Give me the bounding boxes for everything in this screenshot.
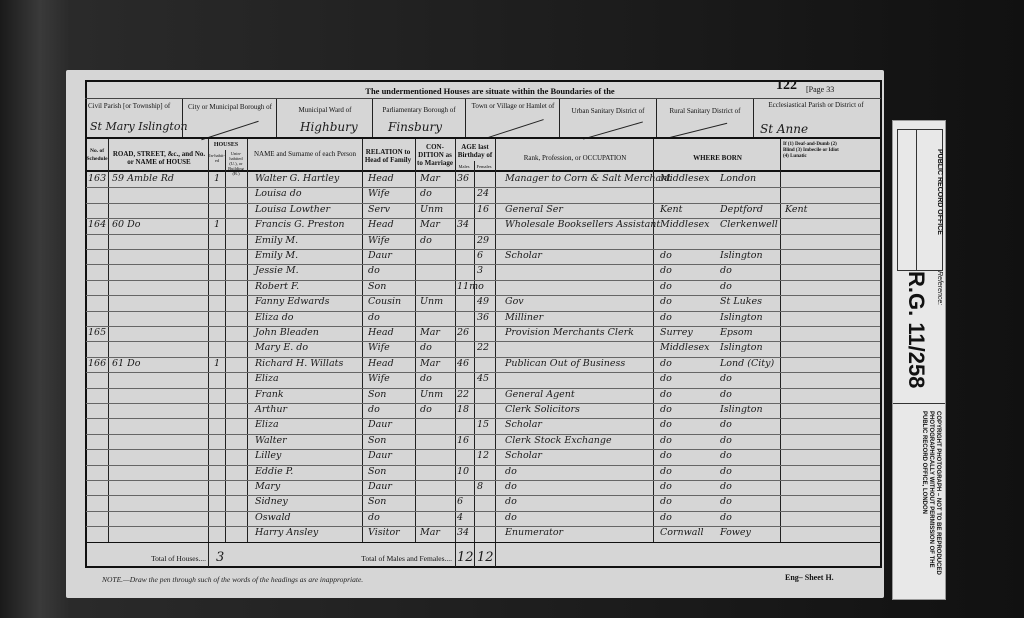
born-place: Epsom xyxy=(720,327,753,338)
row-line xyxy=(86,326,880,327)
born-place: Clerkenwell xyxy=(720,219,778,230)
occupation: do xyxy=(505,512,517,523)
condition: do xyxy=(420,342,432,353)
occupation: Clerk Solicitors xyxy=(505,404,580,415)
born-county: do xyxy=(660,496,672,507)
born-place: do xyxy=(720,265,732,276)
parliamentary-value: Finsbury xyxy=(388,120,442,134)
person-name: Louisa do xyxy=(255,188,302,199)
born-place: Islington xyxy=(720,312,763,323)
age-female: 8 xyxy=(477,481,483,492)
col-uninhabited: Unin-habited (U.), or Building (B.) xyxy=(226,151,246,176)
relation: Son xyxy=(368,496,386,507)
born-place: do xyxy=(720,466,732,477)
reference-number: R.G. 11/258 xyxy=(903,271,929,388)
relation: Daur xyxy=(368,419,392,430)
schedule-number: 166 xyxy=(88,358,106,369)
ward-label: Municipal Ward of xyxy=(280,106,370,114)
born-place: do xyxy=(720,373,732,384)
page-number: [Page 33 xyxy=(806,85,834,94)
born-county: Surrey xyxy=(660,327,693,338)
row-line xyxy=(86,495,880,496)
column-header-divider xyxy=(85,170,881,172)
schedule-number: 163 xyxy=(88,173,106,184)
born-county: do xyxy=(660,466,672,477)
person-name: Frank xyxy=(255,389,284,400)
condition: Unm xyxy=(420,389,443,400)
born-place: do xyxy=(720,435,732,446)
condition: Mar xyxy=(420,219,440,230)
relation: Head xyxy=(368,219,394,230)
total-females: 12 xyxy=(477,550,494,565)
age-female: 16 xyxy=(477,204,489,215)
houses-inhabited: 1 xyxy=(214,219,220,230)
occupation: Manager to Corn & Salt Merchant xyxy=(505,173,671,184)
relation: Wife xyxy=(368,342,390,353)
divider xyxy=(465,99,466,137)
total-persons-label: Total of Males and Females.... xyxy=(300,555,452,563)
person-name: Richard H. Willats xyxy=(255,358,343,369)
copyright-notice: COPYRIGHT PHOTOGRAPH – NOT TO BE REPRODU… xyxy=(920,411,941,591)
age-female: 45 xyxy=(477,373,489,384)
divider xyxy=(656,99,657,137)
road-address: 59 Amble Rd xyxy=(112,173,174,184)
border-top xyxy=(85,80,881,82)
occupation: Milliner xyxy=(505,312,543,323)
age-female: 15 xyxy=(477,419,489,430)
col-houses: HOUSES xyxy=(209,141,243,149)
born-county: do xyxy=(660,358,672,369)
born-place: do xyxy=(720,389,732,400)
person-name: Jessie M. xyxy=(255,265,299,276)
condition: Mar xyxy=(420,358,440,369)
ruler-line xyxy=(916,130,917,270)
occupation: Gov xyxy=(505,296,524,307)
age-female: 3 xyxy=(477,265,483,276)
city-label: City or Municipal Borough of xyxy=(185,103,275,111)
divider xyxy=(276,99,277,137)
urban-label: Urban Sanitary District of xyxy=(561,107,655,115)
title-divider xyxy=(85,98,881,99)
age-female: 22 xyxy=(477,342,489,353)
person-name: Harry Ansley xyxy=(255,527,318,538)
relation: do xyxy=(368,512,380,523)
age-male: 22 xyxy=(457,389,469,400)
sheet-id: Eng– Sheet H. xyxy=(785,573,834,582)
born-county: do xyxy=(660,512,672,523)
houses-inhabited: 1 xyxy=(214,358,220,369)
total-houses-label: Total of Houses.... xyxy=(110,555,206,563)
relation: Daur xyxy=(368,481,392,492)
person-name: Fanny Edwards xyxy=(255,296,330,307)
person-name: Robert F. xyxy=(255,281,299,292)
road-address: 61 Do xyxy=(112,358,140,369)
col-condition: CON-DITION as to Marriage xyxy=(416,143,454,167)
town-label: Town or Village or Hamlet of xyxy=(467,102,559,110)
road-address: 60 Do xyxy=(112,219,140,230)
occupation: do xyxy=(505,466,517,477)
person-name: Louisa Lowther xyxy=(255,204,330,215)
occupation: Scholar xyxy=(505,419,542,430)
relation: Serv xyxy=(368,204,390,215)
occupation: do xyxy=(505,481,517,492)
born-county: Middlesex xyxy=(660,173,709,184)
age-female: 36 xyxy=(477,312,489,323)
col-occupation: Rank, Profession, or OCCUPATION xyxy=(500,154,650,162)
condition: do xyxy=(420,188,432,199)
condition: do xyxy=(420,373,432,384)
born-place: Fowey xyxy=(720,527,751,538)
born-place: St Lukes xyxy=(720,296,762,307)
age-male: 4 xyxy=(457,512,463,523)
infirmity: Kent xyxy=(785,204,807,215)
divider xyxy=(893,403,945,404)
age-male: 10 xyxy=(457,466,469,477)
relation: do xyxy=(368,404,380,415)
occupation: Scholar xyxy=(505,450,542,461)
occupation: Provision Merchants Clerk xyxy=(505,327,634,338)
relation: Daur xyxy=(368,450,392,461)
age-male: 34 xyxy=(457,219,469,230)
occupation: Publican Out of Business xyxy=(505,358,625,369)
born-county: do xyxy=(660,481,672,492)
civil-parish-value: St Mary Islington xyxy=(90,120,188,133)
total-males: 12 xyxy=(457,550,474,565)
born-county: Kent xyxy=(660,204,682,215)
age-male: 6 xyxy=(457,496,463,507)
ecclesiastical-value: St Anne xyxy=(760,122,808,136)
parliamentary-label: Parliamentary Borough of xyxy=(375,106,463,114)
born-county: Cornwall xyxy=(660,527,704,538)
ecclesiastical-label: Ecclesiastical Parish or District of xyxy=(756,101,876,109)
relation: Son xyxy=(368,281,386,292)
born-place: do xyxy=(720,512,732,523)
schedule-number: 164 xyxy=(88,219,106,230)
condition: Mar xyxy=(420,173,440,184)
age-male: 18 xyxy=(457,404,469,415)
col-born: WHERE BORN xyxy=(655,154,780,162)
row-line xyxy=(86,388,880,389)
relation: Son xyxy=(368,466,386,477)
col-infirm: If (1) Deaf-and-Dumb (2) Blind (3) Imbec… xyxy=(783,142,843,160)
born-county: do xyxy=(660,404,672,415)
age-male: 11mo xyxy=(457,281,484,292)
totals-divider xyxy=(85,542,881,543)
born-county: do xyxy=(660,450,672,461)
person-name: Walter G. Hartley xyxy=(255,173,339,184)
relation: Cousin xyxy=(368,296,401,307)
age-female: 6 xyxy=(477,250,483,261)
person-name: Emily M. xyxy=(255,250,298,261)
schedule-number: 165 xyxy=(88,327,106,338)
relation: Wife xyxy=(368,373,390,384)
person-name: Eliza do xyxy=(255,312,294,323)
born-county: do xyxy=(660,419,672,430)
age-female: 24 xyxy=(477,188,489,199)
footnote: NOTE.—Draw the pen through such of the w… xyxy=(102,575,363,584)
relation: Wife xyxy=(368,188,390,199)
col-line xyxy=(474,161,475,567)
condition: Mar xyxy=(420,327,440,338)
relation: Son xyxy=(368,435,386,446)
occupation: Scholar xyxy=(505,250,542,261)
row-line xyxy=(86,511,880,512)
age-male: 46 xyxy=(457,358,469,369)
occupation: Clerk Stock Exchange xyxy=(505,435,612,446)
person-name: Oswald xyxy=(255,512,291,523)
born-place: Islington xyxy=(720,250,763,261)
age-male: 26 xyxy=(457,327,469,338)
border-right xyxy=(880,80,882,567)
col-road: ROAD, STREET, &c., and No. or NAME of HO… xyxy=(112,150,206,166)
born-place: do xyxy=(720,450,732,461)
person-name: Lilley xyxy=(255,450,281,461)
born-place: Deptford xyxy=(720,204,763,215)
age-male: 36 xyxy=(457,173,469,184)
relation: Daur xyxy=(368,250,392,261)
condition: Unm xyxy=(420,296,443,307)
born-place: do xyxy=(720,481,732,492)
person-name: Arthur xyxy=(255,404,287,415)
rural-label: Rural Sanitary District of xyxy=(658,107,752,115)
person-name: Eddie P. xyxy=(255,466,293,477)
born-county: do xyxy=(660,281,672,292)
person-name: Eliza xyxy=(255,373,279,384)
col-name: NAME and Surname of each Person xyxy=(250,150,360,158)
relation: Visitor xyxy=(368,527,400,538)
occupation: Wholesale Booksellers Assistant xyxy=(505,219,660,230)
age-male: 34 xyxy=(457,527,469,538)
col-inhabited: In-habit-ed xyxy=(209,153,225,163)
person-name: Walter xyxy=(255,435,287,446)
total-houses-value: 3 xyxy=(216,550,224,565)
occupation: General Agent xyxy=(505,389,575,400)
condition: do xyxy=(420,235,432,246)
condition: Mar xyxy=(420,527,440,538)
relation: Head xyxy=(368,173,394,184)
reference-strip: PUBLIC RECORD OFFICE Reference: R.G. 11/… xyxy=(892,120,946,600)
divider xyxy=(559,99,560,137)
ward-value: Highbury xyxy=(300,120,358,134)
age-female: 29 xyxy=(477,235,489,246)
relation: Head xyxy=(368,327,394,338)
divider xyxy=(182,99,183,137)
reference-label: Reference: xyxy=(936,271,943,305)
col-schedule: No. of Schedule xyxy=(86,147,108,163)
born-county: do xyxy=(660,373,672,384)
born-county: do xyxy=(660,312,672,323)
born-county: Middlesex xyxy=(660,219,709,230)
border-bottom xyxy=(85,566,882,568)
born-county: Middlesex xyxy=(660,342,709,353)
divider xyxy=(753,99,754,137)
born-county: do xyxy=(660,296,672,307)
occupation: General Ser xyxy=(505,204,563,215)
row-line xyxy=(86,526,880,527)
born-county: do xyxy=(660,389,672,400)
office-label: PUBLIC RECORD OFFICE xyxy=(936,149,943,235)
born-place: Lond (City) xyxy=(720,358,774,369)
occupation: Enumerator xyxy=(505,527,563,538)
born-place: Islington xyxy=(720,342,763,353)
houses-inhabited: 1 xyxy=(214,173,220,184)
relation: Son xyxy=(368,389,386,400)
person-name: Sidney xyxy=(255,496,288,507)
occupation: do xyxy=(505,496,517,507)
relation: do xyxy=(368,265,380,276)
page-title: The undermentioned Houses are situate wi… xyxy=(300,87,680,95)
row-line xyxy=(86,434,880,435)
condition: do xyxy=(420,404,432,415)
row-line xyxy=(86,465,880,466)
person-name: Emily M. xyxy=(255,235,298,246)
age-male: 16 xyxy=(457,435,469,446)
relation: Head xyxy=(368,358,394,369)
relation: do xyxy=(368,312,380,323)
born-county: do xyxy=(660,435,672,446)
born-place: London xyxy=(720,173,756,184)
person-name: Mary E. do xyxy=(255,342,308,353)
born-place: do xyxy=(720,281,732,292)
condition: Unm xyxy=(420,204,443,215)
born-county: do xyxy=(660,265,672,276)
divider xyxy=(372,99,373,137)
col-line xyxy=(225,150,226,542)
col-age: AGE last Birthday of xyxy=(455,143,495,159)
person-name: Francis G. Preston xyxy=(255,219,345,230)
born-place: Islington xyxy=(720,404,763,415)
person-name: Mary xyxy=(255,481,280,492)
age-female: 12 xyxy=(477,450,489,461)
col-relation: RELATION to Head of Family xyxy=(363,148,413,164)
age-female: 49 xyxy=(477,296,489,307)
person-name: Eliza xyxy=(255,419,279,430)
header-divider xyxy=(85,137,881,139)
person-name: John Bleaden xyxy=(255,327,319,338)
born-place: do xyxy=(720,496,732,507)
born-county: do xyxy=(660,250,672,261)
born-place: do xyxy=(720,419,732,430)
relation: Wife xyxy=(368,235,390,246)
